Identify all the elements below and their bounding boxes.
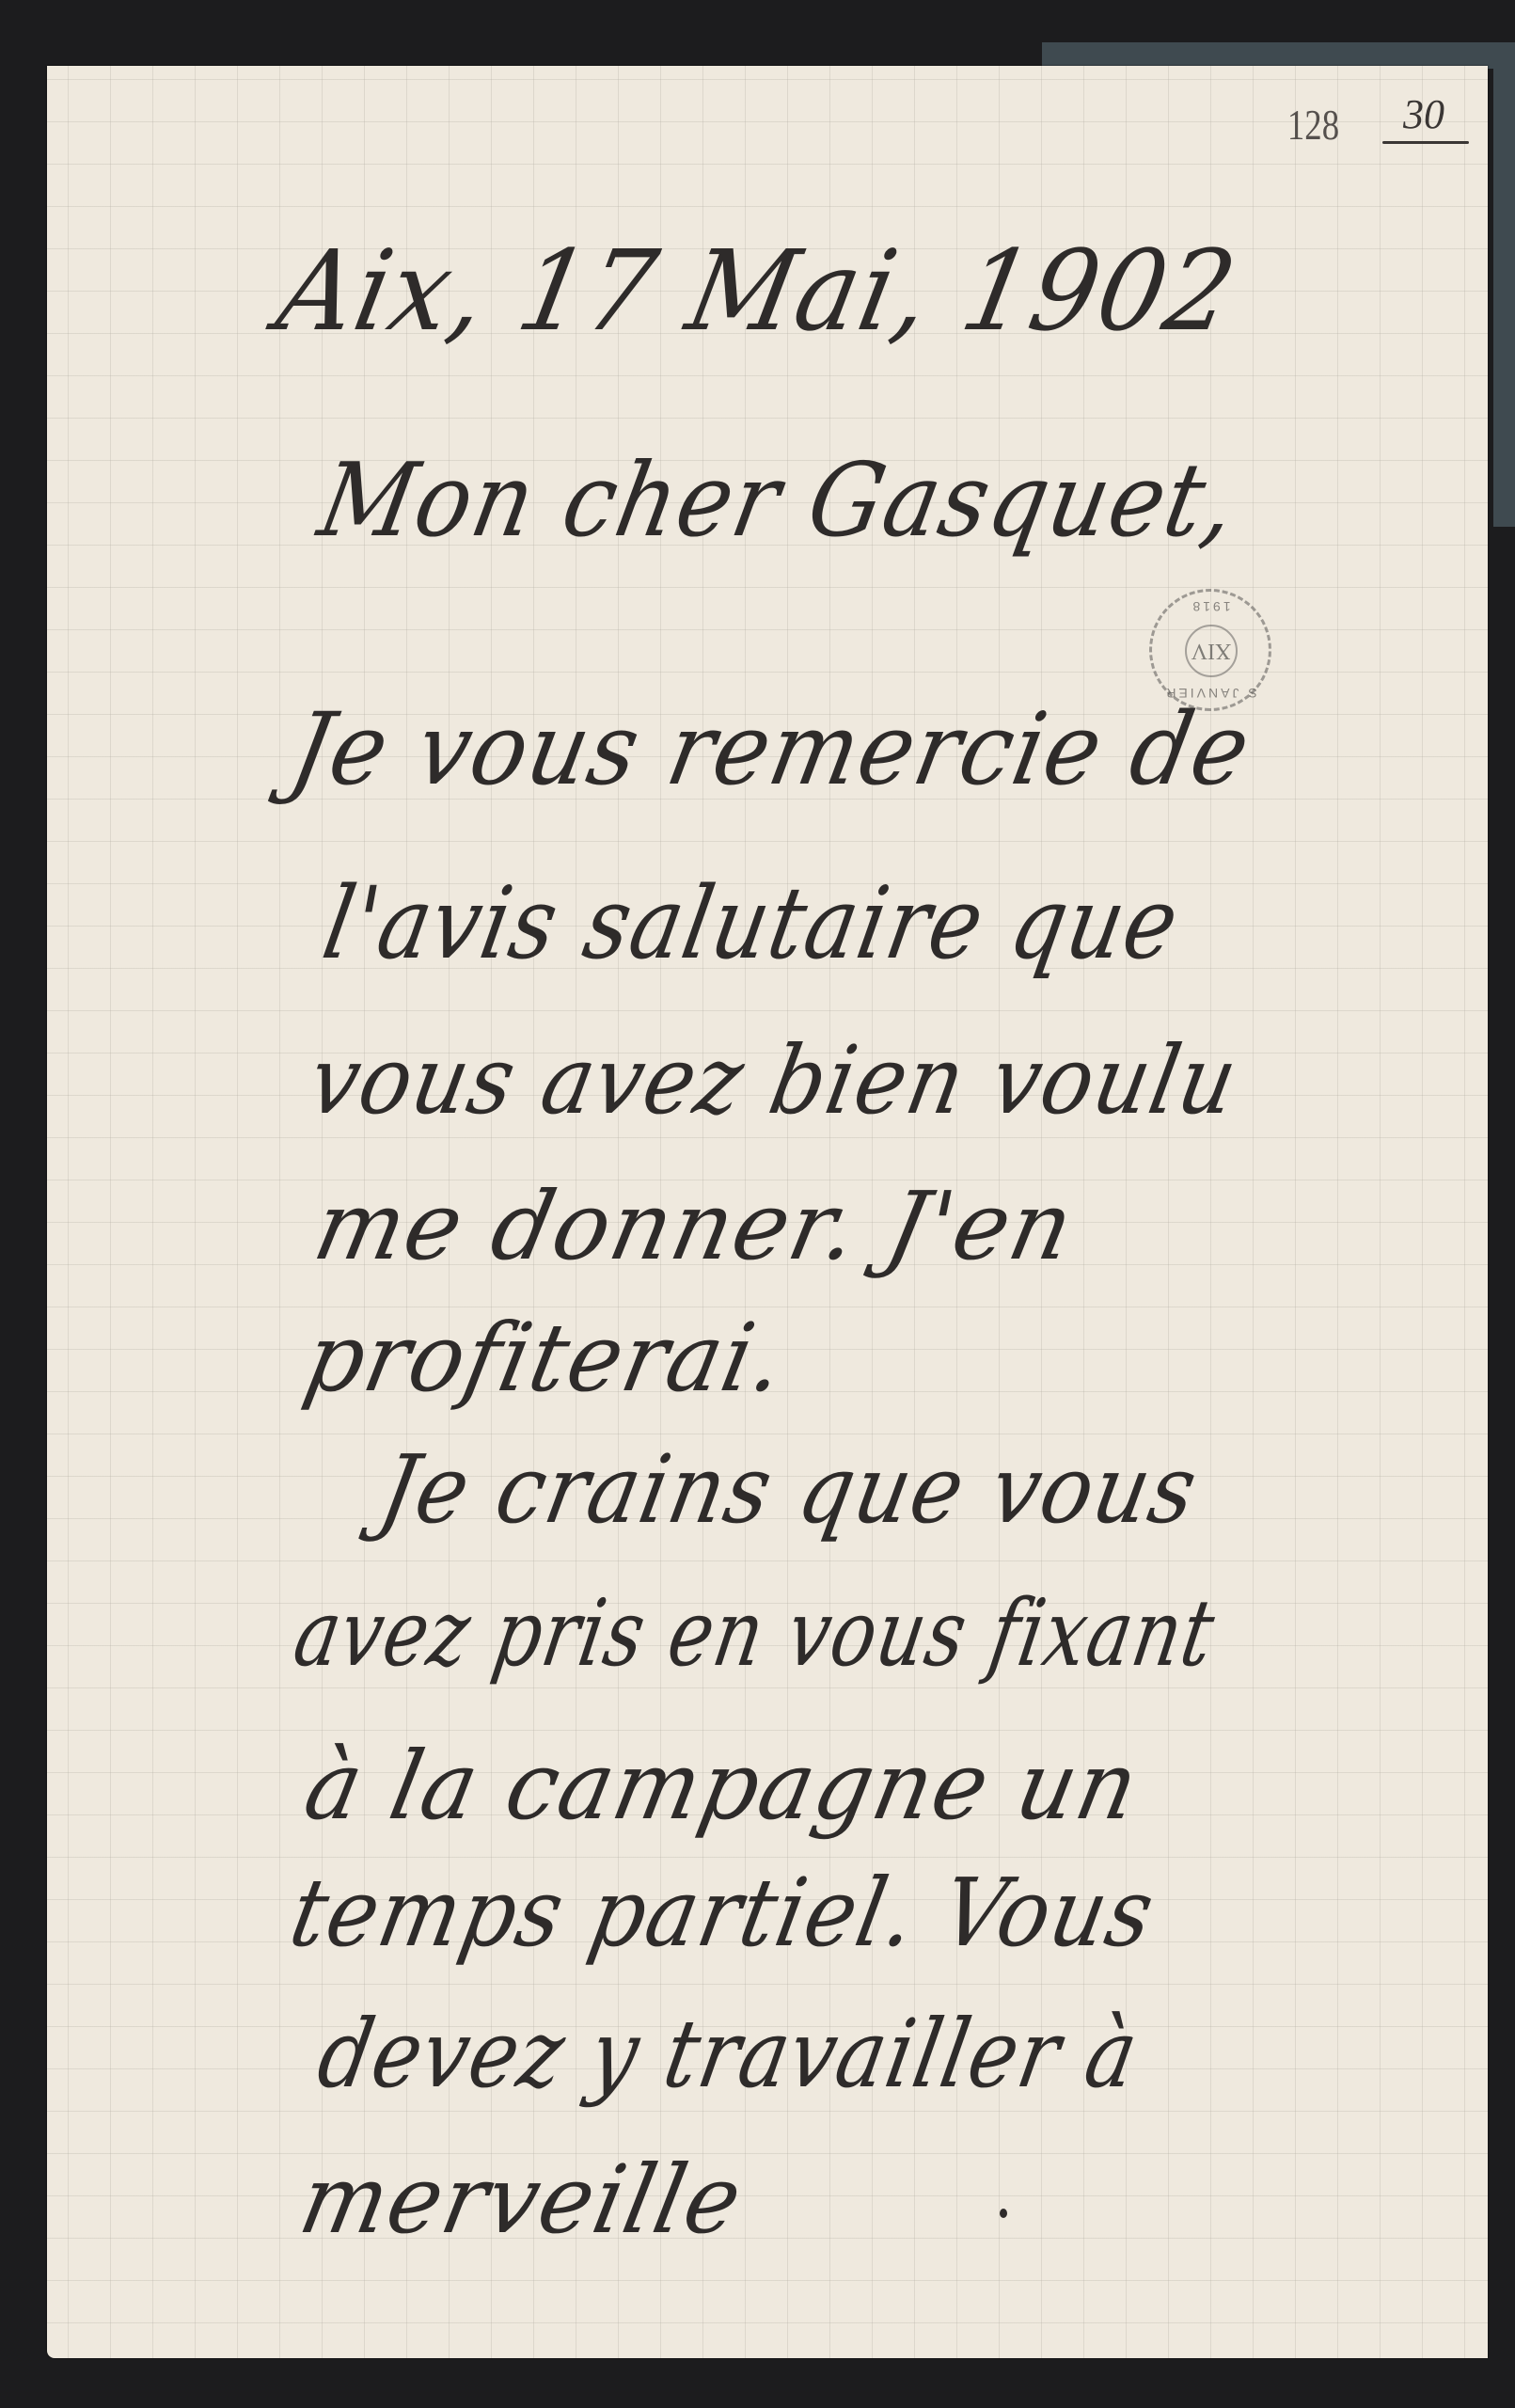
letter-line: avez pris en vous fixant	[287, 1580, 1223, 1687]
letter-salutation: Mon cher Gasquet,	[310, 442, 1247, 560]
stamp-center-text: XIV	[1185, 625, 1238, 677]
letter-line: me donner. J'en	[306, 1171, 1084, 1281]
letter-line: temps partiel. Vous	[282, 1858, 1163, 1968]
mount-strip-top	[1042, 42, 1515, 69]
letter-line: Je crains que vous	[371, 1434, 1207, 1545]
folio-number: 128	[1287, 100, 1339, 150]
closing-period	[1000, 2209, 1007, 2218]
page-number-underline	[1382, 141, 1469, 144]
letter-line: profiterai.	[296, 1303, 796, 1413]
letter-line: devez y travailler à	[310, 1999, 1147, 2109]
letter-line: l'avis salutaire que	[315, 865, 1189, 981]
page-number: 30	[1403, 90, 1444, 138]
mount-strip-right	[1493, 42, 1515, 527]
letter-dateline: Aix, 17 Mai, 1902	[268, 226, 1247, 356]
letter-line: Je vous remercie de	[282, 691, 1260, 807]
letter-line: à la campagne un	[296, 1731, 1148, 1841]
letter-line: vous avez bien voulu	[301, 1025, 1247, 1135]
letter-line: merveille	[292, 2145, 752, 2255]
stamp-ring-bottom-text: 1918	[1152, 599, 1269, 614]
